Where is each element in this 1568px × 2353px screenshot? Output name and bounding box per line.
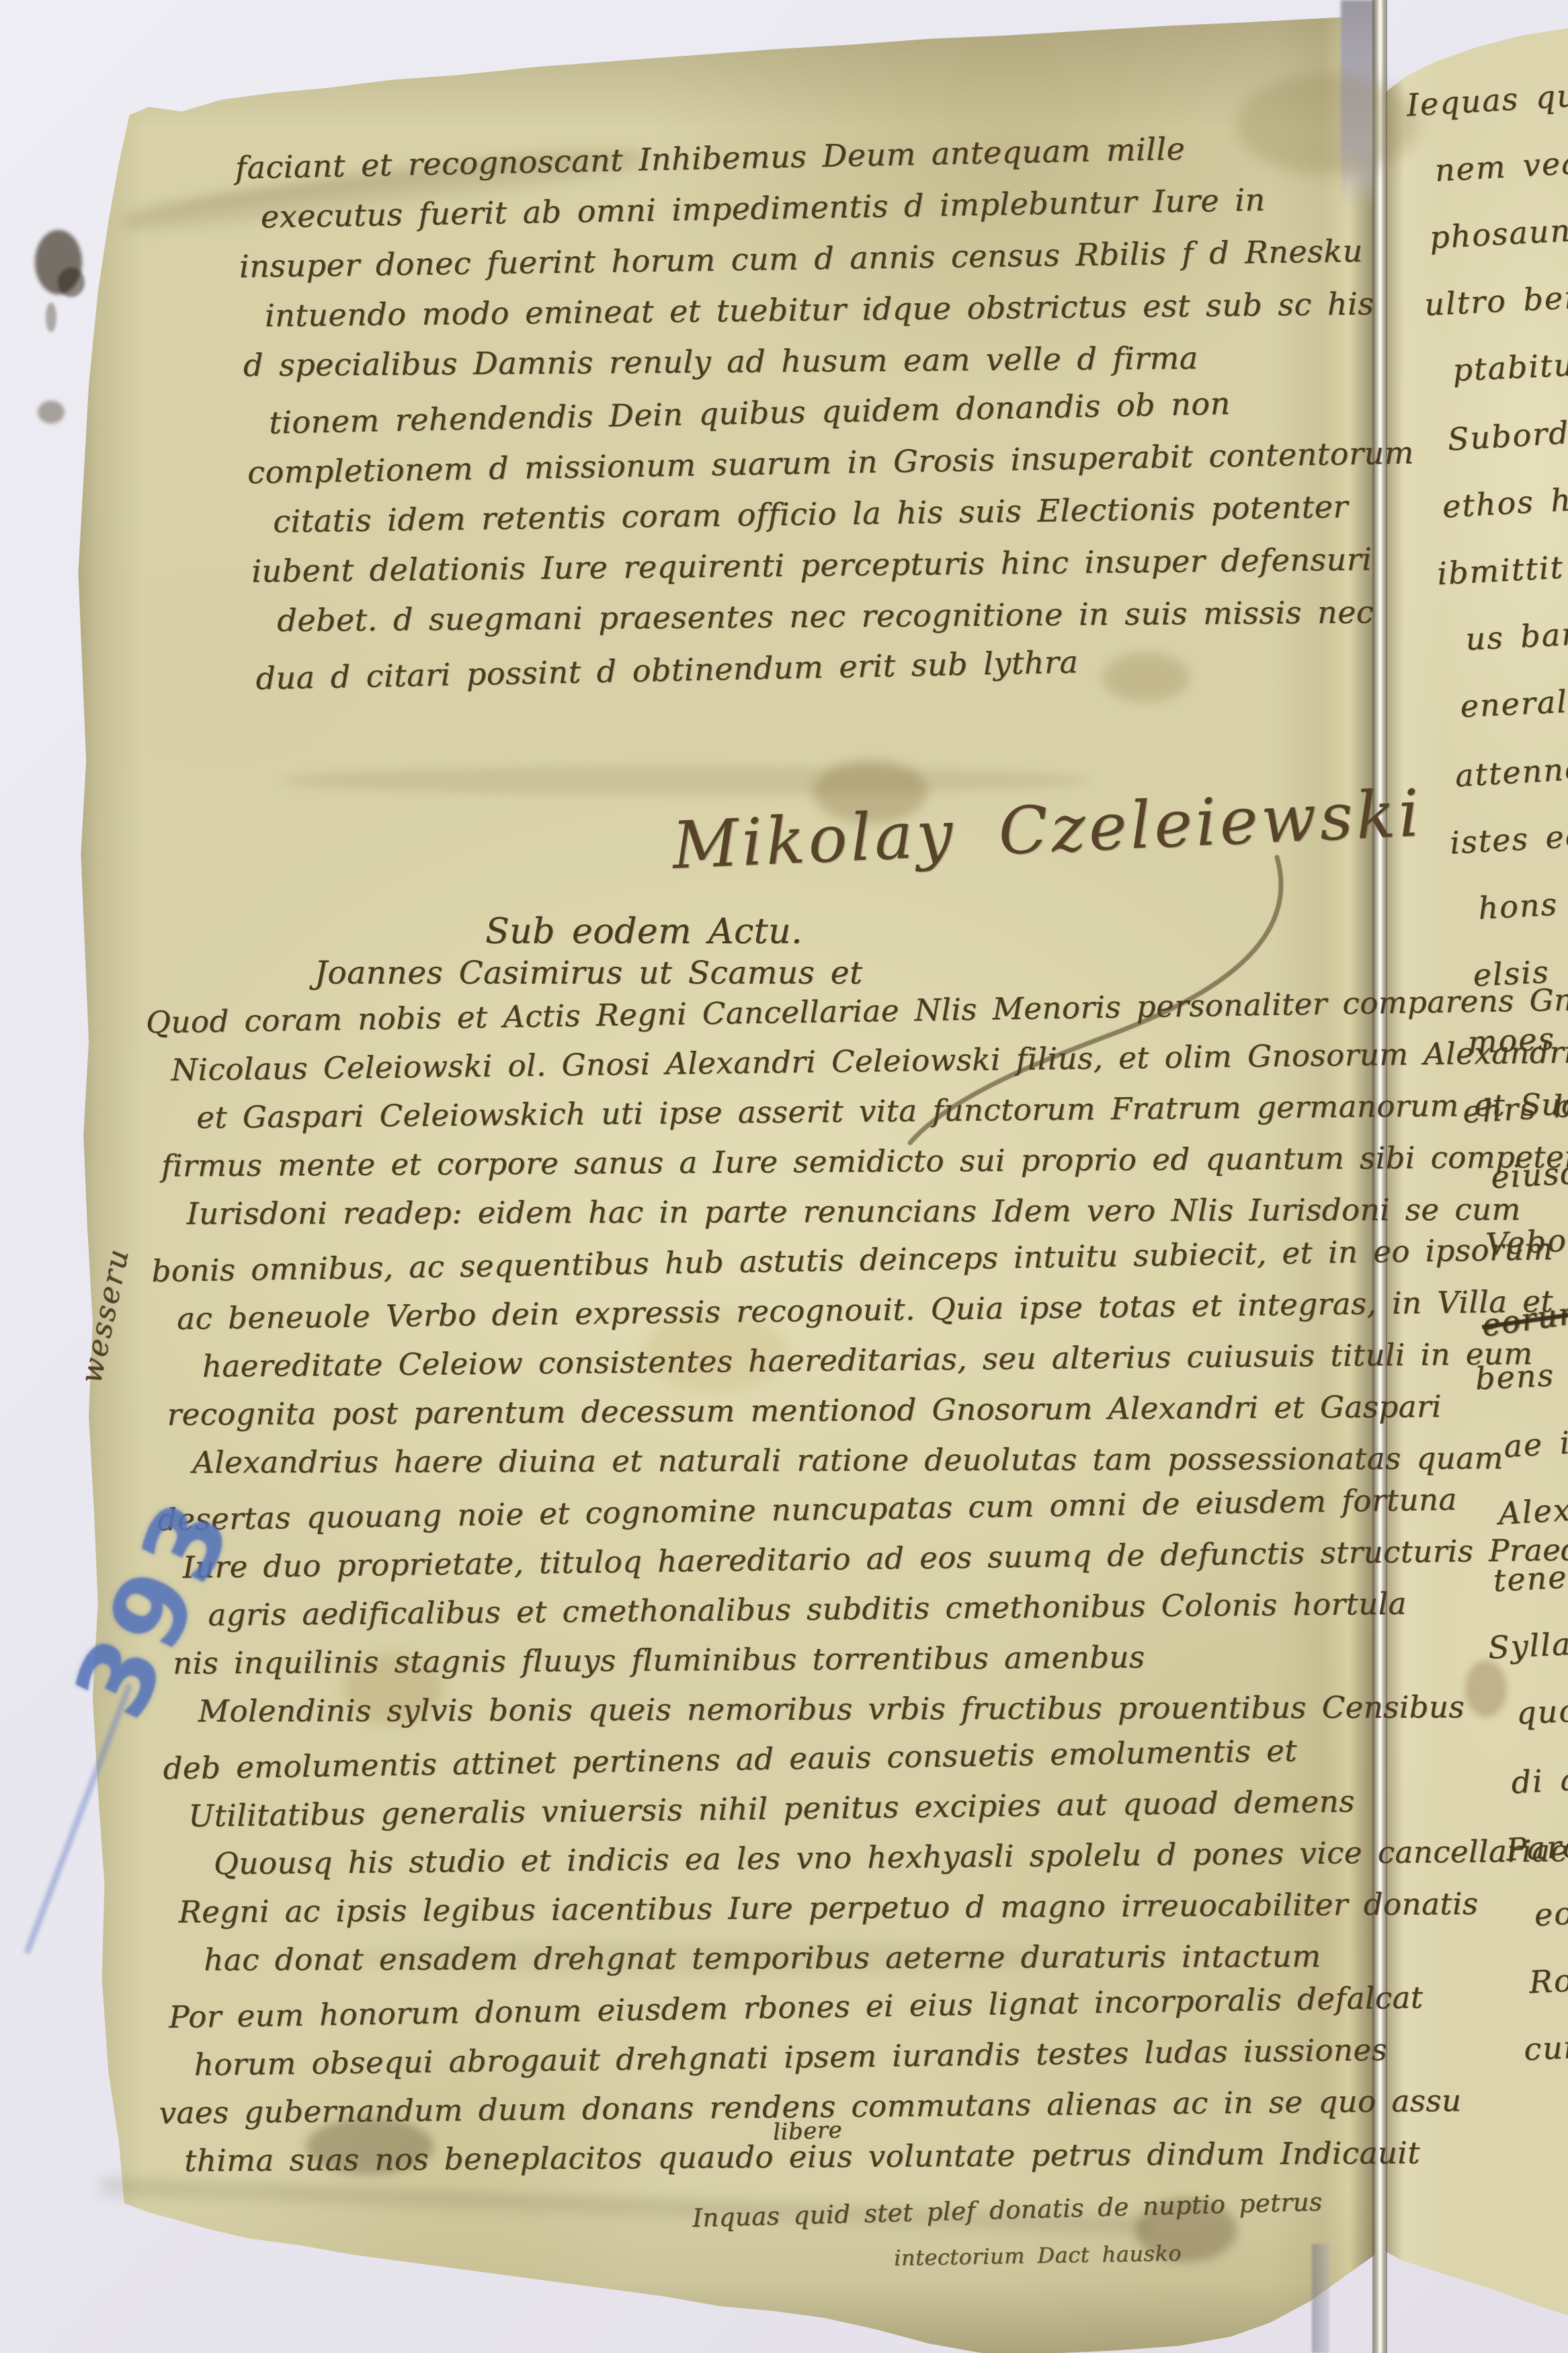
bottom-insertion-line: intectorium Dact hausko xyxy=(894,2240,1182,2270)
manuscript-scan: { "colors": { "backing": "#eceaf1", "pap… xyxy=(0,0,1568,2353)
book-block-edge xyxy=(1341,0,1376,208)
manuscript-line: firmus mente et corpore sanus a Iure sem… xyxy=(147,1133,1364,1191)
manuscript-line: thima suas nos beneplacitos quaudo eius … xyxy=(157,2128,1373,2186)
ink-blot xyxy=(46,303,56,332)
manuscript-line: Regni ac ipsis legibus iacentibus Iure p… xyxy=(154,1880,1370,1938)
ink-blot xyxy=(38,401,65,424)
paragraph-1: faciant et recognoscant Inhibemus Deum a… xyxy=(235,124,1345,701)
royal-style-line: Joannes Casimirus ut Scamus et xyxy=(315,955,862,992)
ink-blot xyxy=(35,230,82,294)
backing-sheet-edge xyxy=(1312,2244,1329,2353)
paragraph-2: Quod coram nobis et Actis Regni Cancella… xyxy=(146,982,1374,2188)
section-heading: Sub eodem Actu. xyxy=(485,912,802,952)
interlinear-insertion: libere xyxy=(772,2116,842,2146)
manuscript-line: recognita post parentum decessum mention… xyxy=(149,1382,1366,1440)
ink-blot xyxy=(58,268,85,297)
manuscript-line: nis inquilinis stagnis fluuys fluminibus… xyxy=(152,1631,1368,1689)
